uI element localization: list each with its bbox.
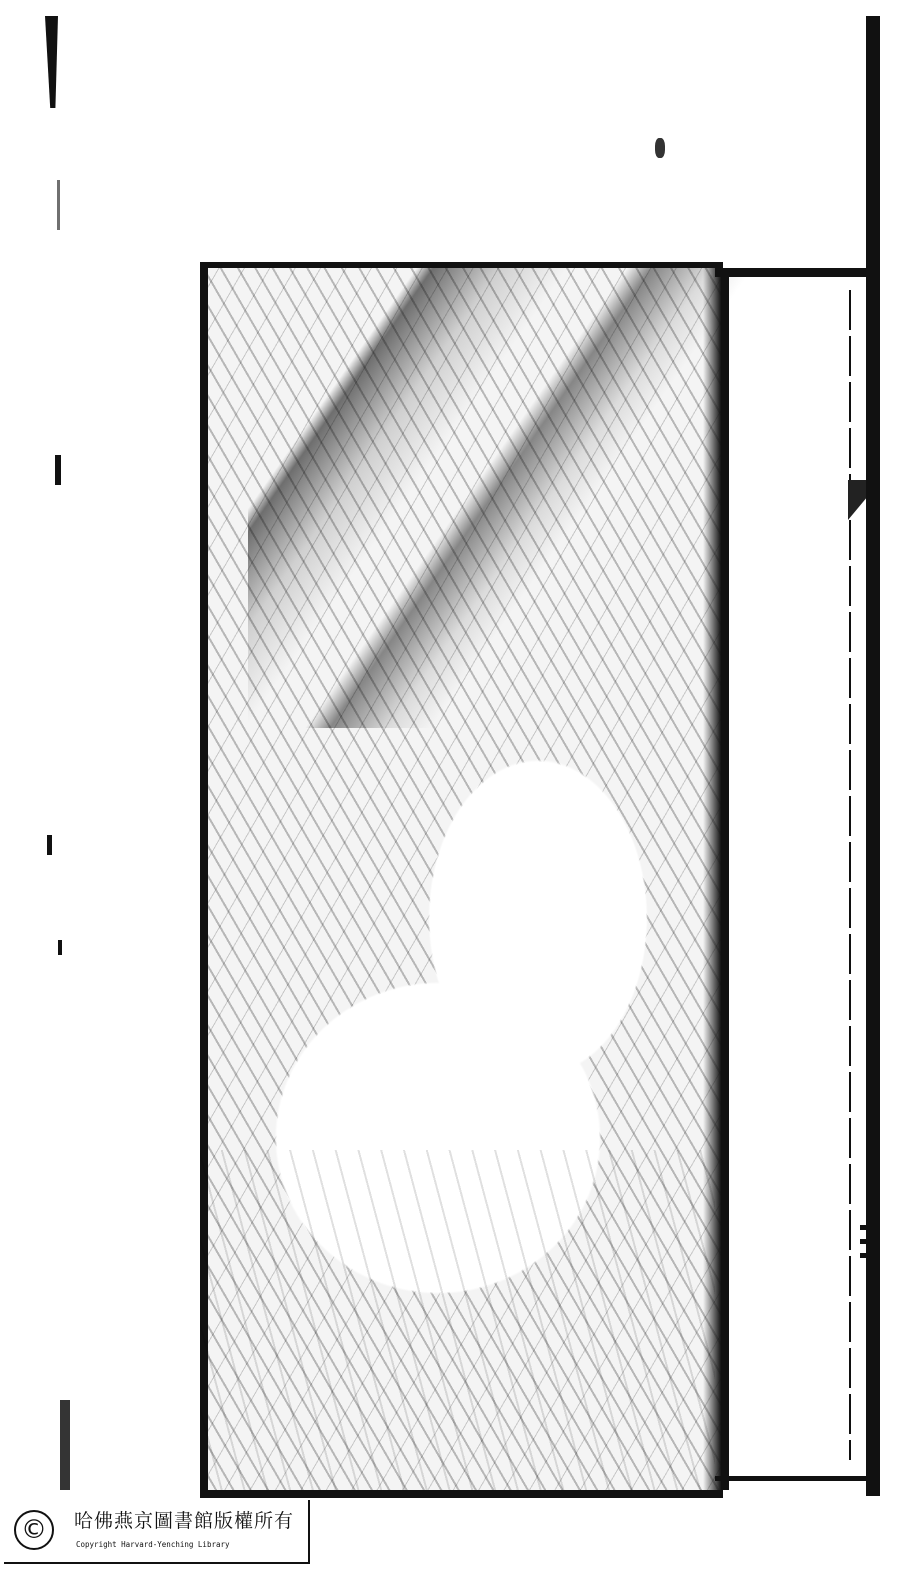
margin-ink-mark [47,835,52,855]
margin-ink-mark [60,1400,70,1490]
margin-ink-mark [57,180,60,230]
scanned-page: © 哈佛燕京圖書館版權所有 Copyright Harvard-Yenching… [0,0,900,1575]
copyright-icon: © [14,1510,54,1550]
page-bottom-rule [715,1476,880,1481]
ink-speck [655,138,665,158]
copyright-chinese-text: 哈佛燕京圖書館版權所有 [74,1506,294,1533]
margin-ink-mark [58,940,62,955]
margin-ink-mark [45,16,58,108]
page-edge-mark [848,480,868,520]
copyright-english-text: Copyright Harvard-Yenching Library [76,1540,230,1549]
page-top-rule [715,268,875,277]
cover-texture-overlay [200,1150,715,1490]
margin-ink-mark [55,455,61,485]
page-edge-shadow [866,16,880,1496]
copyright-stamp: © 哈佛燕京圖書館版權所有 Copyright Harvard-Yenching… [4,1500,310,1564]
page-inner-border [849,290,851,1460]
